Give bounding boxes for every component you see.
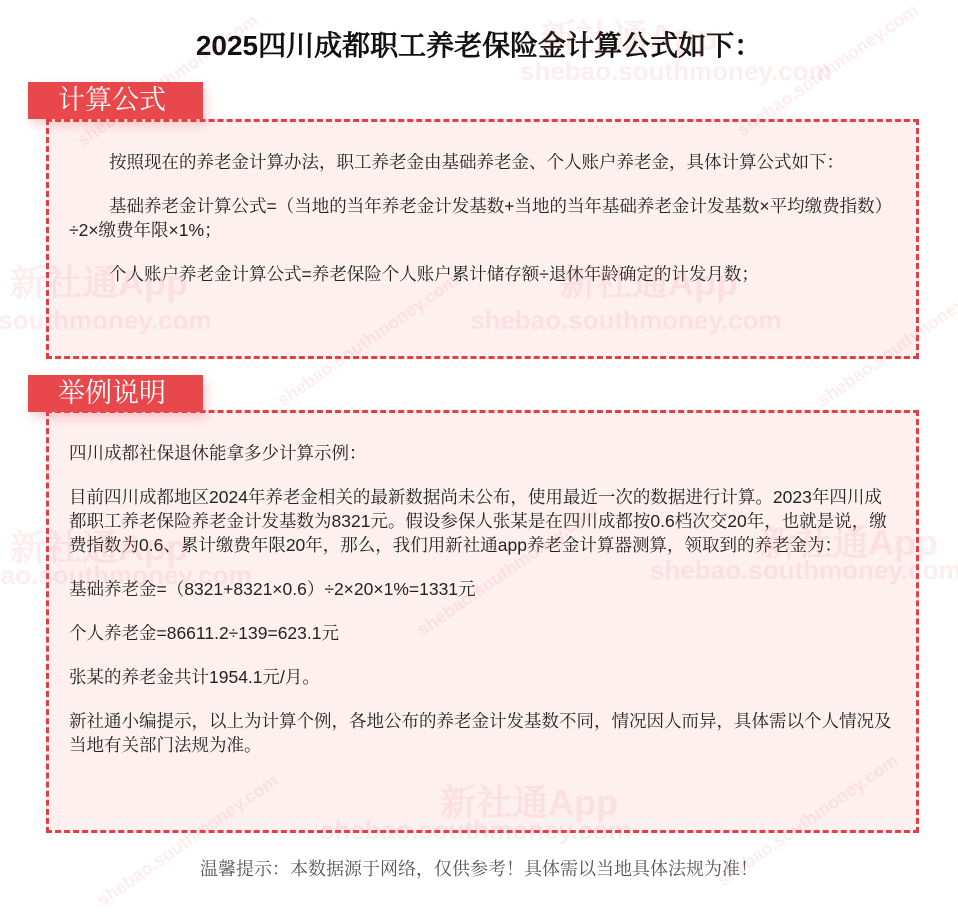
formula-intro: 按照现在的养老金计算办法，职工养老金由基础养老金、个人账户养老金，具体计算公式如… [69,150,896,174]
section-box-formula: 按照现在的养老金计算办法，职工养老金由基础养老金、个人账户养老金，具体计算公式如… [46,119,919,359]
personal-account-formula: 个人账户养老金计算公式=养老保险个人账户累计储存额÷退休年龄确定的计发月数； [69,262,896,286]
section-box-example: 四川成都社保退休能拿多少计算示例： 目前四川成都地区2024年养老金相关的最新数… [46,410,919,833]
editor-note: 新社通小编提示，以上为计算个例，各地公布的养老金计发基数不同，情况因人而异，具体… [69,709,896,757]
section-tab-example: 举例说明 [28,375,203,412]
example-personal-pension: 个人养老金=86611.2÷139=623.1元 [69,621,896,645]
section-tab-formula: 计算公式 [28,82,203,119]
example-basic-pension: 基础养老金=（8321+8321×0.6）÷2×20×1%=1331元 [69,577,896,601]
basic-pension-formula: 基础养老金计算公式=（当地的当年养老金计发基数+当地的当年基础养老金计发基数×平… [69,194,896,242]
example-heading: 四川成都社保退休能拿多少计算示例： [69,441,896,465]
example-assumptions: 目前四川成都地区2024年养老金相关的最新数据尚未公布，使用最近一次的数据进行计… [69,485,896,557]
example-total: 张某的养老金共计1954.1元/月。 [69,665,896,689]
page-title: 2025四川成都职工养老保险金计算公式如下： [0,24,958,64]
footer-disclaimer: 温馨提示：本数据源于网络，仅供参考！具体需以当地具体法规为准！ [0,855,958,881]
